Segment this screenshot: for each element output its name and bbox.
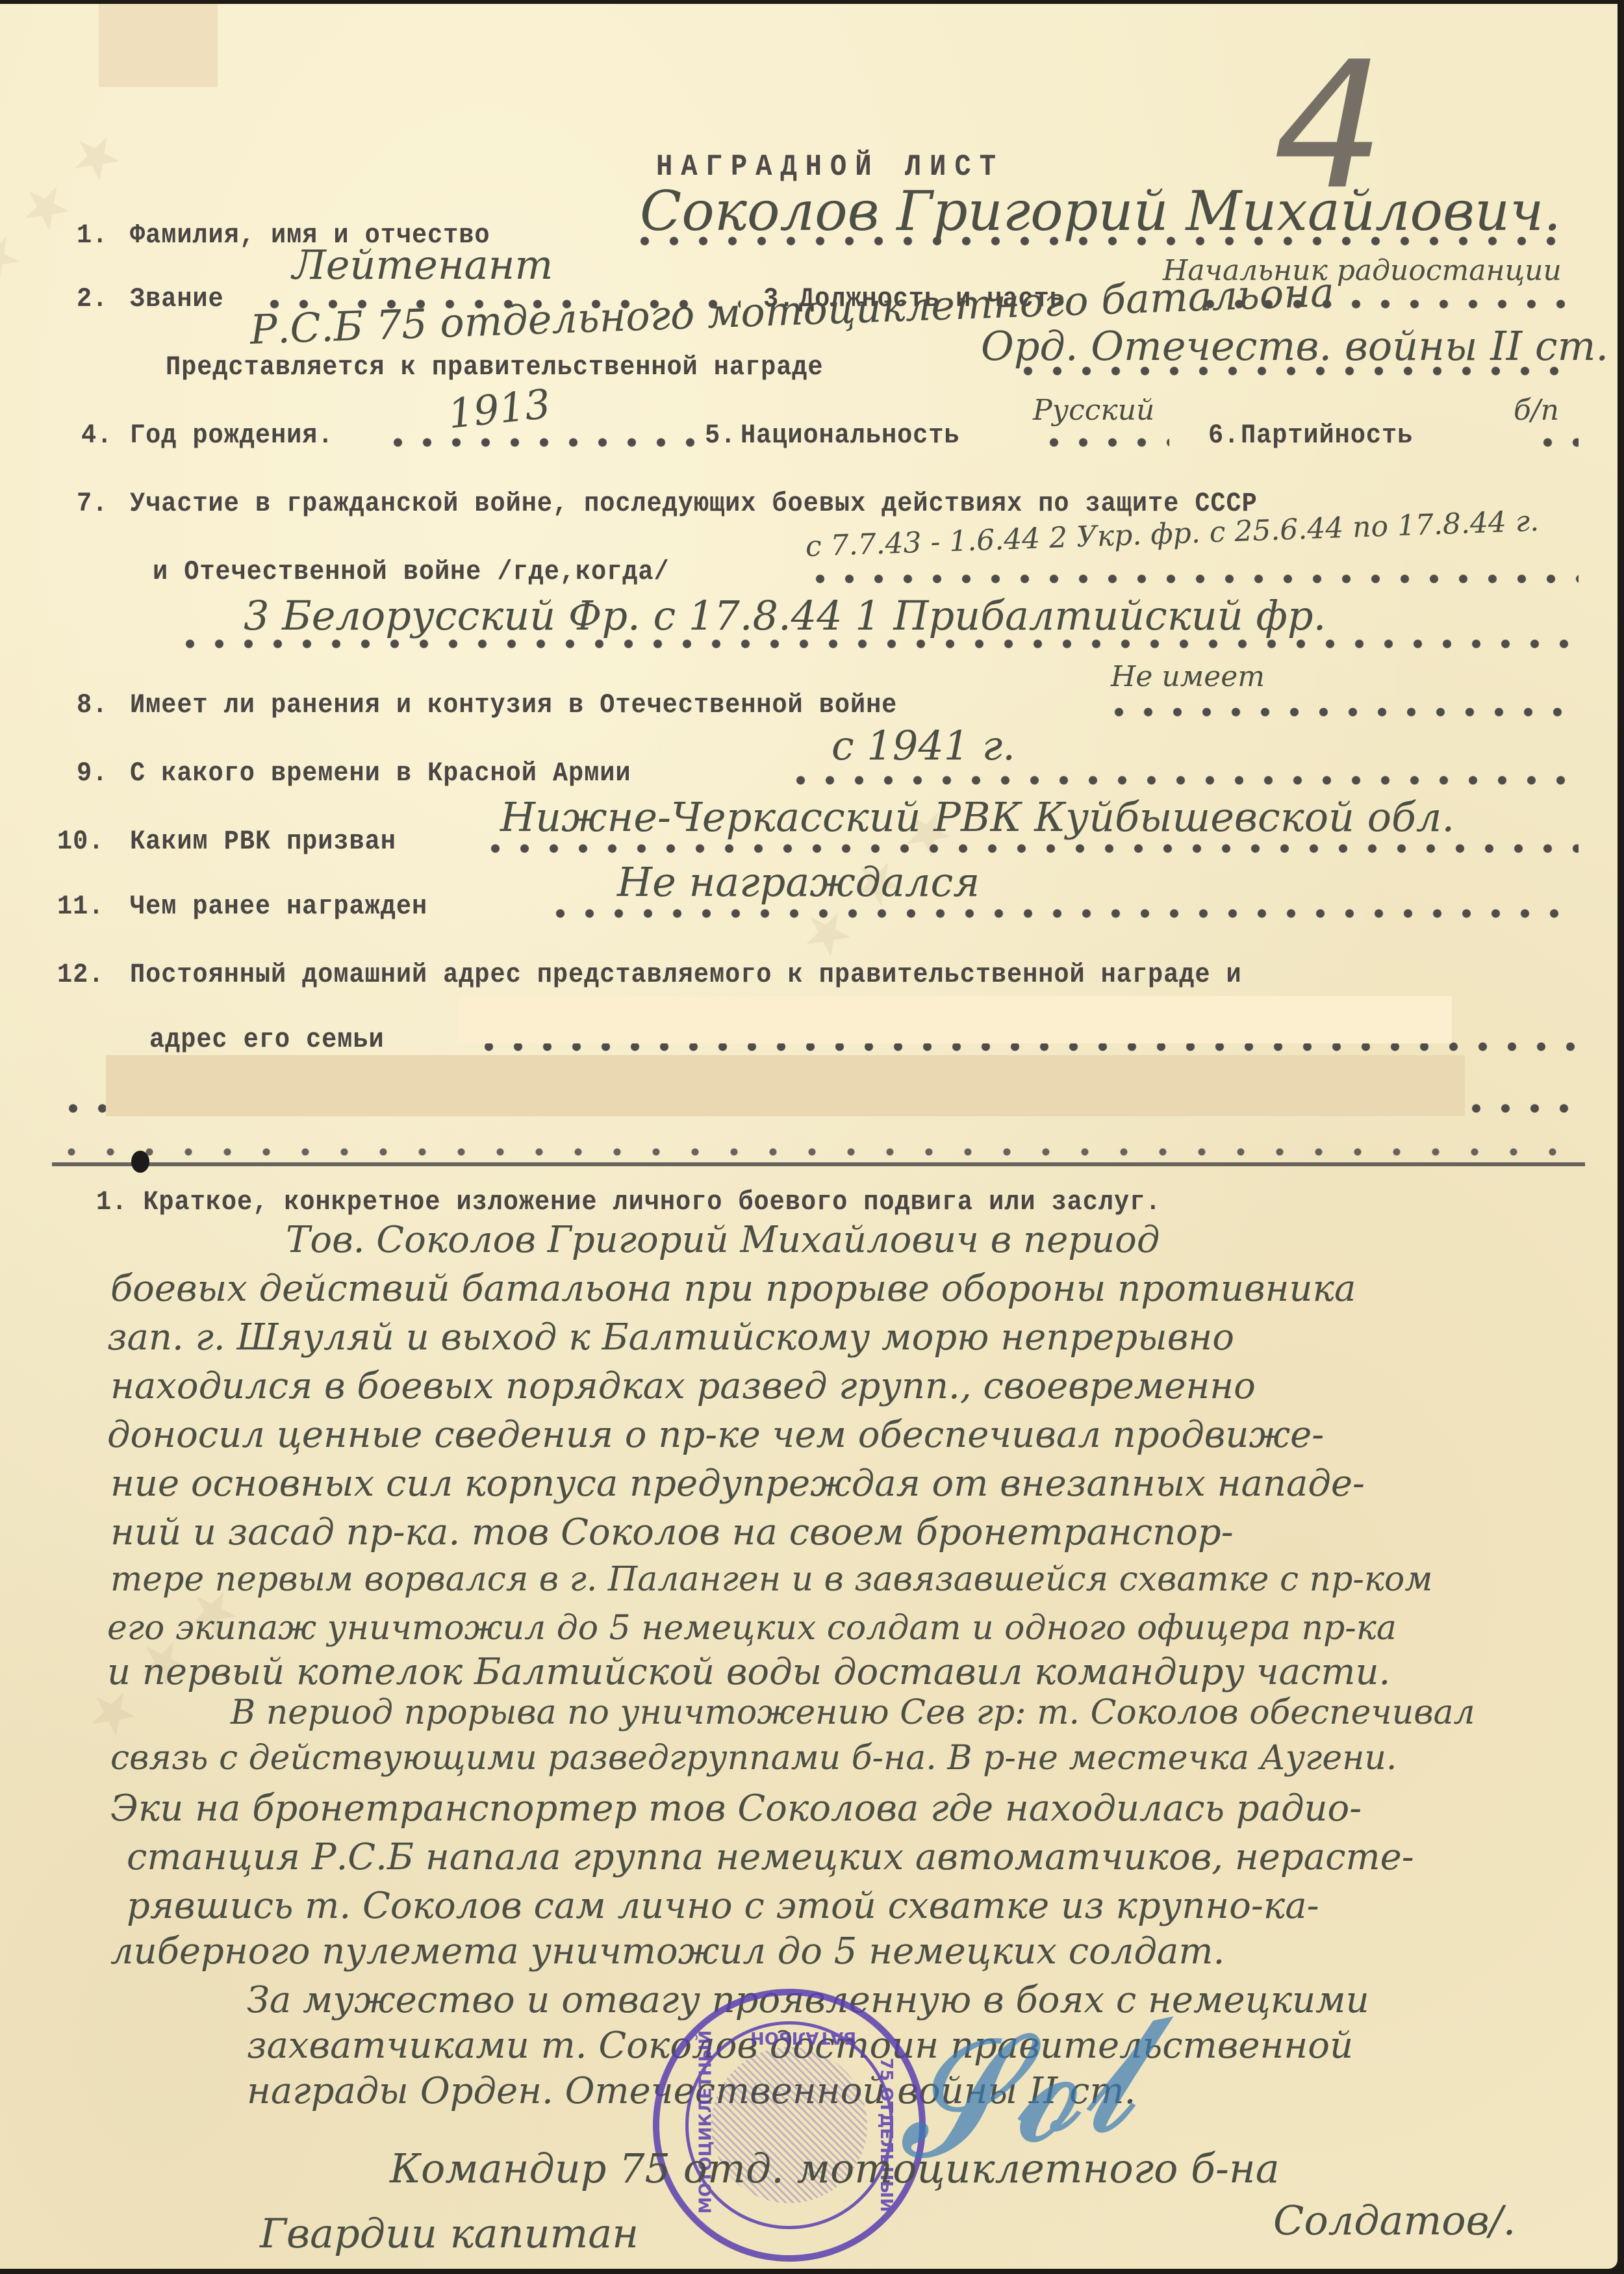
field-10-dotted-line [481,842,1579,855]
field-12-label-line1: Постоянный домашний адрес представляемог… [130,959,1242,990]
field-7-value-line2: 3 Белорусский Фр. с 17.8.44 1 Прибалтийс… [244,592,1326,639]
address-redaction-2 [106,1055,1465,1116]
narrative-line: и первый котелок Балтийской воды достави… [107,1651,1390,1693]
award-proposed-label: Представляется к правительственной награ… [166,351,824,383]
stamp-text-top: БАТАЛЬОН [750,2028,856,2047]
field-11-label: Чем ранее награжден [130,891,427,922]
signature-line-rank: Гвардии капитан [260,2210,639,2257]
redaction-block-top [99,4,218,87]
narrative-line: его экипаж уничтожил до 5 немецких солда… [107,1609,1397,1648]
narrative-line: находился в боевых порядках развед групп… [110,1365,1256,1407]
field-4-label: Год рождения. [130,420,333,451]
field-7-label-line2: и Отечественной войне /где,когда/ [153,556,670,587]
field-4-value: 1913 [446,380,553,438]
field-7-dotted-line-1 [806,572,1579,585]
field-6-label: Партийность [1241,420,1413,451]
field-4-number: 4. [81,420,112,451]
narrative-line: доносил ценные сведения о пр-ке чем обес… [107,1414,1324,1456]
field-9-dotted-line [786,774,1579,787]
narrative-line: тере первым ворвался в г. Паланген и в з… [110,1560,1432,1599]
narrative-heading: 1. Краткое, конкретное изложение личного… [96,1186,1161,1218]
narrative-line: ние основных сил корпуса предупреждая от… [110,1463,1365,1505]
field-6-value: б/п [1514,394,1559,427]
field-9-value: с 1941 г. [831,722,1015,769]
field-7-number: 7. [77,488,108,519]
field-10-value: Нижне-Черкасский РВК Куйбышевской обл. [500,793,1454,841]
field-9-number: 9. [77,758,108,789]
address-redaction-1 [458,996,1452,1043]
field-8-dotted-line [1104,706,1579,719]
field-12-label-line2: адрес его семьи [149,1024,385,1055]
ink-blot [131,1151,149,1173]
field-2-label: Звание [130,283,224,314]
field-10-number: 10. [57,826,104,857]
field-7-dotted-line-2 [175,637,1579,650]
field-8-number: 8. [77,689,108,721]
narrative-line: В период прорыва по уничтожению Сев гр: … [231,1693,1475,1732]
field-5-number: 5. [705,420,736,451]
field-2-value-rank: Лейтенант [292,241,553,288]
section-separator [52,1144,1585,1170]
narrative-line: Эки на бронетранспортер тов Соколова где… [110,1787,1362,1830]
field-1-value-name: Соколов Григорий Михайлович. [640,179,1561,243]
narrative-line: Тов. Соколов Григорий Михайлович в перио… [286,1219,1160,1261]
field-12-number: 12. [57,959,104,990]
field-6-dotted-line [1533,436,1579,449]
field-8-label: Имеет ли ранения и контузия в Отечествен… [130,689,897,721]
narrative-line: связь с действующими разведгруппами б-на… [110,1739,1397,1778]
field-5-value: Русский [1033,394,1154,427]
field-8-value: Не имеет [1111,660,1265,693]
field-5-label: Национальность [741,420,960,451]
narrative-line: станция Р.С.Б напала группа немецких авт… [127,1836,1414,1878]
field-9-label: С какого времени в Красной Армии [130,758,631,789]
narrative-line: боевых действий батальона при прорыве об… [110,1268,1356,1310]
field-2-number: 2. [77,283,108,314]
field-1-number: 1. [77,220,108,251]
field-6-number: 6. [1208,420,1239,451]
signature-line-name: Солдатов/. [1273,2197,1516,2244]
watermark: ★ ★ ★ [0,114,138,300]
award-proposed-value: Орд. Отечеств. войны II ст. [981,322,1608,370]
narrative-line: ний и засад пр-ка. тов Соколов на своем … [110,1511,1234,1553]
field-7-label-line1: Участие в гражданской войне, последующих… [130,488,1258,519]
field-11-dotted-line [546,907,1579,920]
narrative-line: либерного пулемета уничтожил до 5 немецк… [110,1930,1224,1973]
award-sheet-page: ★ ★ ★ ★ ★ ★ ★ ★ ★ 4 НАГРАДНОЙ ЛИСТ 1. Фа… [0,4,1618,2269]
signature-line-commander: Командир 75 отд. мотоциклетного б-на [390,2145,1280,2192]
field-11-value: Не награждался [617,858,980,906]
field-11-number: 11. [57,891,104,922]
field-4-dotted-line [383,436,695,449]
narrative-line: зап. г. Шяуляй и выход к Балтийскому мор… [107,1316,1234,1359]
field-10-label: Каким РВК призван [130,826,396,857]
narrative-line: рявшись т. Соколов сам лично с этой схва… [127,1885,1319,1927]
field-5-dotted-line [1039,436,1169,449]
